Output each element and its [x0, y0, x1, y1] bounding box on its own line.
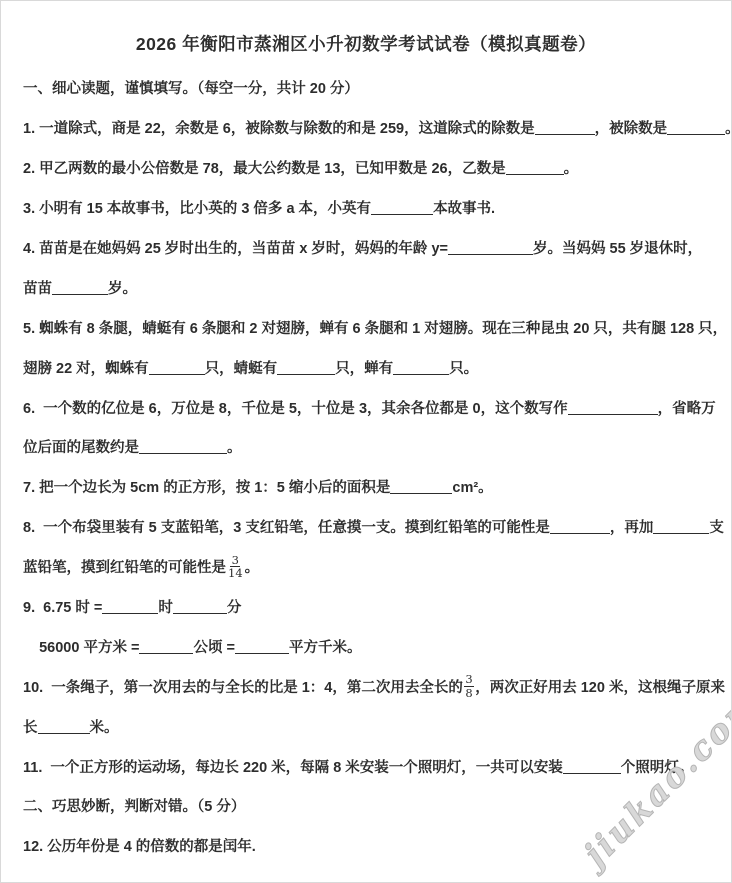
answer-blank — [535, 120, 595, 135]
text-run: 岁。 — [108, 277, 137, 298]
text-run: 翅膀 22 对，蜘蛛有 — [23, 357, 149, 378]
text-run: 8. 一个布袋里装有 5 支蓝铅笔，3 支红铅笔，任意摸一支。摸到红铅笔的可能性… — [23, 516, 550, 537]
section-2-heading: 二、巧思妙断，判断对错。（5 分） — [23, 786, 715, 826]
question-4-line-2: 苗苗岁。 — [23, 267, 715, 307]
fraction: 314 — [227, 554, 244, 580]
question-10-line-2: 长米。 — [23, 706, 715, 746]
text-run: ，省略万 — [658, 397, 716, 418]
answer-blank — [139, 639, 193, 654]
text-run: 。 — [564, 157, 579, 178]
text-run: 4. 苗苗是在她妈妈 25 岁时出生的，当苗苗 x 岁时，妈妈的年龄 y= — [23, 237, 448, 258]
text-run: ，两次正好用去 120 米，这根绳子原来 — [475, 676, 725, 697]
question-1: 1. 一道除式，商是 22，余数是 6，被除数与除数的和是 259，这道除式的除… — [23, 108, 715, 148]
text-run: 7. 把一个边长为 5cm 的正方形，按 1：5 缩小后的面积是 — [23, 476, 390, 497]
answer-blank — [667, 120, 725, 135]
text-run: 苗苗 — [23, 277, 52, 298]
text-run: ，再加 — [610, 516, 654, 537]
text-run: 公顷 = — [193, 636, 235, 657]
question-6-line-2: 位后面的尾数约是。 — [23, 427, 715, 467]
section-1-heading: 一、细心读题，谨慎填写。（每空一分，共计 20 分） — [23, 68, 715, 108]
text-run: 6. 一个数的亿位是 6，万位是 8，千位是 5，十位是 3，其余各位都是 0，… — [23, 397, 568, 418]
question-8-line-2: 蓝铅笔，摸到红铅笔的可能性是314。 — [23, 547, 715, 587]
question-2: 2. 甲乙两数的最小公倍数是 78，最大公约数是 13，已知甲数是 26，乙数是… — [23, 148, 715, 188]
text-run: 10. 一条绳子，第一次用去的与全长的比是 1：4，第二次用去全长的 — [23, 676, 463, 697]
question-5-line-1: 5. 蜘蛛有 8 条腿，蜻蜓有 6 条腿和 2 对翅膀，蝉有 6 条腿和 1 对… — [23, 307, 715, 347]
exam-paper-page: 2026 年衡阳市蒸湘区小升初数学考试试卷（模拟真题卷） 一、细心读题，谨慎填写… — [0, 0, 732, 883]
text-run: 。 — [227, 436, 242, 457]
question-9-line-1: 9. 6.75 时 =时分 — [23, 587, 715, 627]
answer-blank — [52, 280, 108, 295]
answer-blank — [371, 200, 433, 215]
text-run: 5. 蜘蛛有 8 条腿，蜻蜓有 6 条腿和 2 对翅膀，蝉有 6 条腿和 1 对… — [23, 317, 727, 338]
question-10-line-1: 10. 一条绳子，第一次用去的与全长的比是 1：4，第二次用去全长的38，两次正… — [23, 666, 715, 706]
question-12: 12. 公历年份是 4 的倍数的都是闰年. — [23, 826, 715, 866]
fraction: 38 — [464, 673, 474, 699]
text-run: 分 — [227, 596, 242, 617]
question-7: 7. 把一个边长为 5cm 的正方形，按 1：5 缩小后的面积是cm²。 — [23, 467, 715, 507]
question-11: 11. 一个正方形的运动场，每边长 220 米，每隔 8 米安装一个照明灯，一共… — [23, 746, 715, 786]
text-run: 支 — [709, 516, 724, 537]
text-run: 二、巧思妙断，判断对错。（5 分） — [23, 795, 245, 816]
text-run: 9. 6.75 时 = — [23, 596, 102, 617]
answer-blank — [550, 519, 610, 534]
text-run: 12. 公历年份是 4 的倍数的都是闰年. — [23, 835, 256, 856]
answer-blank — [235, 639, 289, 654]
question-4-line-1: 4. 苗苗是在她妈妈 25 岁时出生的，当苗苗 x 岁时，妈妈的年龄 y=岁。当… — [23, 228, 715, 268]
text-run: ，被除数是 — [595, 117, 668, 138]
text-run: cm²。 — [452, 476, 492, 497]
text-run: 。 — [725, 117, 732, 138]
text-run: 只，蝉有 — [335, 357, 393, 378]
answer-blank — [448, 240, 533, 255]
question-5-line-2: 翅膀 22 对，蜘蛛有只，蜻蜓有只，蝉有只。 — [23, 347, 715, 387]
text-run: 只，蜻蜓有 — [205, 357, 278, 378]
answer-blank — [277, 360, 335, 375]
answer-blank — [506, 160, 564, 175]
answer-blank — [149, 360, 205, 375]
answer-blank — [139, 439, 227, 454]
text-run: 蓝铅笔，摸到红铅笔的可能性是 — [23, 556, 226, 577]
answer-blank — [390, 479, 452, 494]
exam-body: 一、细心读题，谨慎填写。（每空一分，共计 20 分）1. 一道除式，商是 22，… — [23, 68, 715, 866]
answer-blank — [653, 519, 709, 534]
question-6-line-1: 6. 一个数的亿位是 6，万位是 8，千位是 5，十位是 3，其余各位都是 0，… — [23, 387, 715, 427]
text-run: 个照明灯。 — [621, 756, 694, 777]
question-3: 3. 小明有 15 本故事书，比小英的 3 倍多 a 本，小英有本故事书. — [23, 188, 715, 228]
text-run: 3. 小明有 15 本故事书，比小英的 3 倍多 a 本，小英有 — [23, 197, 371, 218]
text-run: 56000 平方米 = — [23, 636, 139, 657]
answer-blank — [102, 599, 158, 614]
answer-blank — [568, 400, 658, 415]
question-8-line-1: 8. 一个布袋里装有 5 支蓝铅笔，3 支红铅笔，任意摸一支。摸到红铅笔的可能性… — [23, 507, 715, 547]
text-run: 一、细心读题，谨慎填写。（每空一分，共计 20 分） — [23, 77, 359, 98]
text-run: 岁。当妈妈 55 岁退休时， — [533, 237, 702, 258]
text-run: 时 — [158, 596, 173, 617]
text-run: 11. 一个正方形的运动场，每边长 220 米，每隔 8 米安装一个照明灯，一共… — [23, 756, 563, 777]
answer-blank — [393, 360, 449, 375]
answer-blank — [173, 599, 227, 614]
text-run: 平方千米。 — [289, 636, 362, 657]
text-run: 位后面的尾数约是 — [23, 436, 139, 457]
text-run: 2. 甲乙两数的最小公倍数是 78，最大公约数是 13，已知甲数是 26，乙数是 — [23, 157, 506, 178]
answer-blank — [38, 719, 90, 734]
text-run: 只。 — [449, 357, 478, 378]
answer-blank — [563, 759, 621, 774]
question-9-line-2: 56000 平方米 =公顷 =平方千米。 — [23, 626, 715, 666]
text-run: 长 — [23, 716, 38, 737]
text-run: 米。 — [90, 716, 119, 737]
text-run: 1. 一道除式，商是 22，余数是 6，被除数与除数的和是 259，这道除式的除… — [23, 117, 535, 138]
text-run: 。 — [245, 556, 260, 577]
text-run: 本故事书. — [433, 197, 495, 218]
exam-title: 2026 年衡阳市蒸湘区小升初数学考试试卷（模拟真题卷） — [1, 31, 731, 56]
